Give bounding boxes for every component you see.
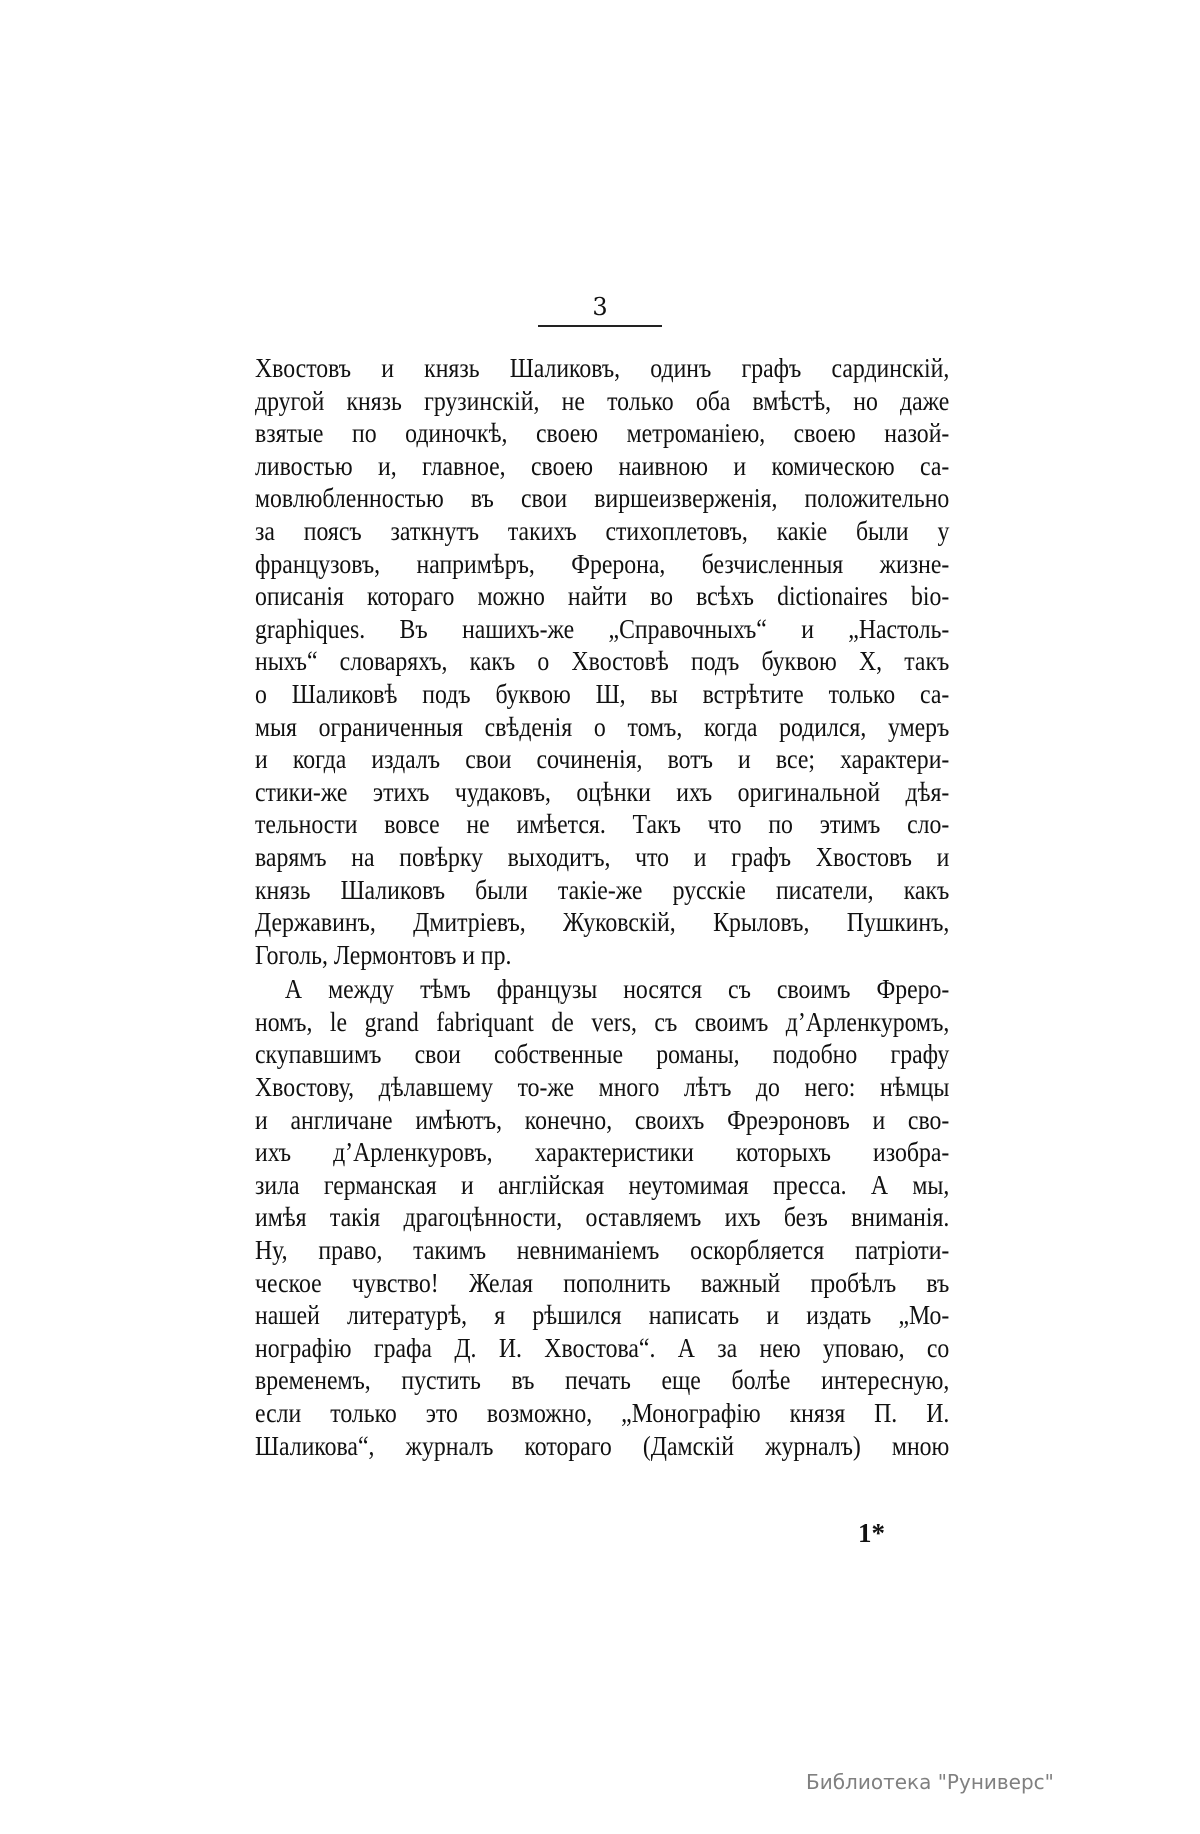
paragraph-2: А между тѣмъ французы носятся съ своимъ … bbox=[255, 973, 949, 1462]
text-line: Шаликова“, журналъ котораго (Дамскій жур… bbox=[255, 1430, 949, 1463]
text-line: Гоголь, Лермонтовъ и пр. bbox=[255, 939, 949, 972]
text-line: мыя ограниченныя свѣденія о томъ, когда … bbox=[255, 711, 949, 744]
text-line: и когда издалъ свои сочиненія, вотъ и вс… bbox=[255, 743, 949, 776]
body-text: Хвостовъ и князь Шаликовъ, одинъ графъ с… bbox=[255, 352, 949, 1462]
text-line: graphiques. Въ нашихъ-же „Справочныхъ“ и… bbox=[255, 613, 949, 646]
text-line: за поясъ заткнутъ такихъ стихоплетовъ, к… bbox=[255, 515, 949, 548]
library-watermark: Библиотека "Руниверс" bbox=[806, 1770, 1054, 1794]
text-line: ихъ д’Арленкуровъ, характеристики которы… bbox=[255, 1136, 949, 1169]
text-line: стики-же этихъ чудаковъ, оцѣнки ихъ ориг… bbox=[255, 776, 949, 809]
page-number: 3 bbox=[540, 293, 660, 321]
text-line: номъ, le grand fabriquant de vers, съ св… bbox=[255, 1006, 949, 1039]
text-line: французовъ, напримѣръ, Фрерона, безчисле… bbox=[255, 548, 949, 581]
text-line: нашей литературѣ, я рѣшился написать и и… bbox=[255, 1299, 949, 1332]
text-line: Ну, право, такимъ невниманіемъ оскорбляе… bbox=[255, 1234, 949, 1267]
text-line: тельности вовсе не имѣется. Такъ что по … bbox=[255, 808, 949, 841]
text-line: зила германская и англійская неутомимая … bbox=[255, 1169, 949, 1202]
text-line: варямъ на повѣрку выходитъ, что и графъ … bbox=[255, 841, 949, 874]
paragraph-1: Хвостовъ и князь Шаликовъ, одинъ графъ с… bbox=[255, 352, 949, 971]
text-line: имѣя такія драгоцѣнности, оставляемъ ихъ… bbox=[255, 1201, 949, 1234]
text-line: мовлюбленностью въ свои виршеизверженія,… bbox=[255, 482, 949, 515]
text-line: князь Шаликовъ были такіе-же русскіе пис… bbox=[255, 874, 949, 907]
text-line: если только это возможно, „Монографію кн… bbox=[255, 1397, 949, 1430]
text-line: другой князь грузинскій, не только оба в… bbox=[255, 385, 949, 418]
text-line: Хвостовъ и князь Шаликовъ, одинъ графъ с… bbox=[255, 352, 949, 385]
text-line: описанія котораго можно найти во всѣхъ d… bbox=[255, 580, 949, 613]
signature-mark: 1* bbox=[858, 1518, 885, 1549]
text-line: ливостью и, главное, своею наивною и ком… bbox=[255, 450, 949, 483]
text-line: Державинъ, Дмитріевъ, Жуковскій, Крыловъ… bbox=[255, 906, 949, 939]
text-line: Хвостову, дѣлавшему то-же много лѣтъ до … bbox=[255, 1071, 949, 1104]
header-rule bbox=[538, 325, 662, 327]
text-line: скупавшимъ свои собственные романы, подо… bbox=[255, 1038, 949, 1071]
text-line: взятые по одиночкѣ, своею метроманіею, с… bbox=[255, 417, 949, 450]
text-line: ческое чувство! Желая пополнить важный п… bbox=[255, 1267, 949, 1300]
text-line: временемъ, пустить въ печать еще болѣе и… bbox=[255, 1364, 949, 1397]
text-line: ныхъ“ словаряхъ, какъ о Хвостовѣ подъ бу… bbox=[255, 645, 949, 678]
text-line: о Шаликовѣ подъ буквою Ш, вы встрѣтите т… bbox=[255, 678, 949, 711]
text-line: и англичане имѣютъ, конечно, своихъ Фреэ… bbox=[255, 1104, 949, 1137]
text-line: А между тѣмъ французы носятся съ своимъ … bbox=[255, 973, 949, 1006]
book-page: 3 Хвостовъ и князь Шаликовъ, одинъ графъ… bbox=[0, 0, 1200, 1834]
text-line: нографію графа Д. И. Хвостова“. А за нею… bbox=[255, 1332, 949, 1365]
